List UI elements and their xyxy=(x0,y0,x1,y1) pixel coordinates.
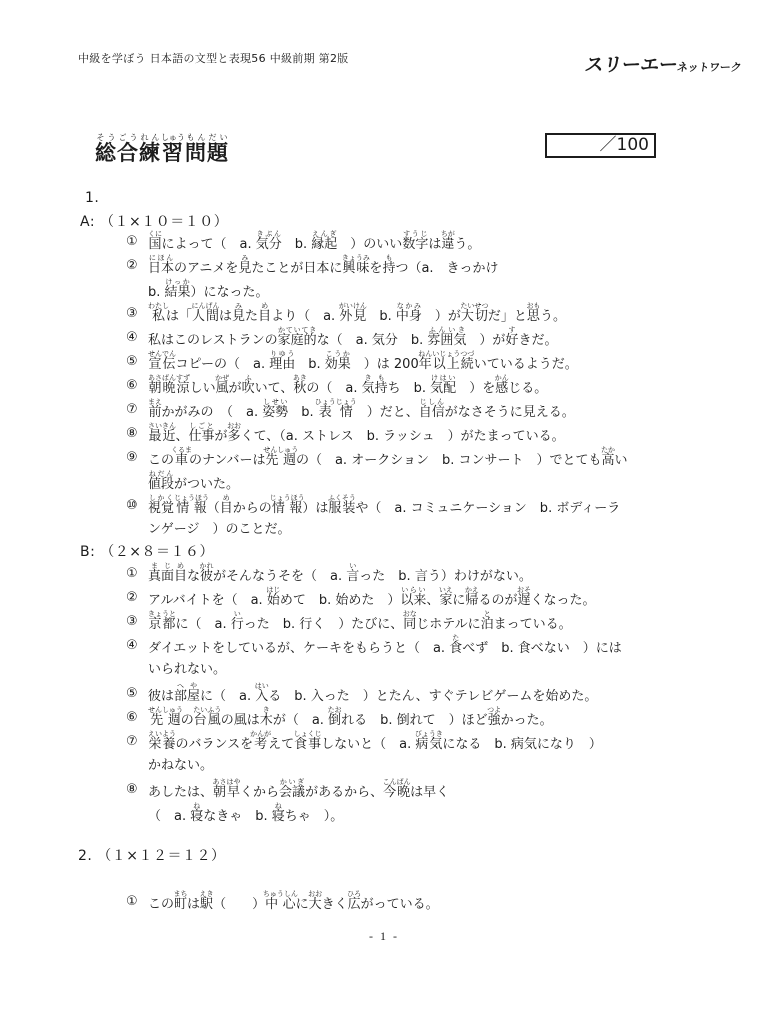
question-row: ②日本にほんのアニメを見みたことが日本に興味きょうみを持もつ（a. きっかけb.… xyxy=(126,254,760,302)
question-line: 朝晩涼あさばんすずしい風かぜが吹ふいて、秋あきの（ a. 気持きもち b. 気配… xyxy=(148,374,760,398)
score-box-label: ／100 xyxy=(600,135,649,155)
question-line: 京都きょうとに（ a. 行いった b. 行く ）たびに、同おなじホテルに泊とまっ… xyxy=(148,610,760,634)
question-row: ①この町まちは駅えき（ ）中心ちゅうしんに大おおきく広ひろがっている。 xyxy=(126,890,760,914)
question-number: ② xyxy=(126,254,148,278)
question-line: 真面目まじめな彼かれがそんなうそを（ a. 言いった b. 言う）わけがない。 xyxy=(148,562,760,586)
question-line: 私わたしは「人間にんげんは見みた目めより（ a. 外見がいけん b. 中身なかみ… xyxy=(148,302,760,326)
question-line: 値段ねだんがついた。 xyxy=(148,470,760,494)
question-number: ④ xyxy=(126,326,148,350)
question-line: 視覚しかく情報じょうほう（目めからの情報じょうほう）は服装ふくそうや（ a. コ… xyxy=(148,494,760,518)
question-number: ③ xyxy=(126,302,148,326)
question-number: ① xyxy=(126,562,148,586)
question-line: 私はこのレストランの家庭的かていてきな（ a. 気分 b. 雰囲気ふんいき ）が… xyxy=(148,326,760,350)
question-number: ② xyxy=(126,586,148,610)
publisher-logo: スリーエー ネットワーク xyxy=(583,50,744,77)
question-line: いられない。 xyxy=(148,658,760,682)
question-line: この車くるまのナンバーは先週せんしゅうの（ a. オークション b. コンサート… xyxy=(148,446,760,470)
question-line: 国くにによって（ a. 気分きぶん b. 縁起えんぎ ）のいい数字すうじは違ちが… xyxy=(148,230,760,254)
question-text: 私わたしは「人間にんげんは見みた目めより（ a. 外見がいけん b. 中身なかみ… xyxy=(148,302,760,326)
question-line: （ a. 寝ねなきゃ b. 寝ねちゃ ）。 xyxy=(148,802,760,826)
question-text: 先週せんしゅうの台風たいふうの風は木きが（ a. 倒たおれる b. 倒れて ）ほ… xyxy=(148,706,760,730)
question-text: 京都きょうとに（ a. 行いった b. 行く ）たびに、同おなじホテルに泊とまっ… xyxy=(148,610,760,634)
score-box: ／100 xyxy=(545,133,656,158)
question-text: 前まえかがみの （ a. 姿勢しせい b. 表情ひょうじょう ）だと、自信じしん… xyxy=(148,398,760,422)
question-row: ③私わたしは「人間にんげんは見みた目めより（ a. 外見がいけん b. 中身なか… xyxy=(126,302,760,326)
question-text: 国くにによって（ a. 気分きぶん b. 縁起えんぎ ）のいい数字すうじは違ちが… xyxy=(148,230,760,254)
question-text: 視覚しかく情報じょうほう（目めからの情報じょうほう）は服装ふくそうや（ a. コ… xyxy=(148,494,760,542)
question-line: b. 結果けっか）になった。 xyxy=(148,278,760,302)
question-row: ⑥朝晩涼あさばんすずしい風かぜが吹ふいて、秋あきの（ a. 気持きもち b. 気… xyxy=(126,374,760,398)
question-text: 日本にほんのアニメを見みたことが日本に興味きょうみを持もつ（a. きっかけb. … xyxy=(148,254,760,302)
question-number: ⑤ xyxy=(126,350,148,374)
question-text: あしたは、朝早あさはやくから会議かいぎがあるから、今晩こんばんは早く（ a. 寝… xyxy=(148,778,760,826)
question-line: アルバイトを（ a. 始はじめて b. 始めた ）以来いらい、家いえに帰かえるの… xyxy=(148,586,760,610)
question-line: 前まえかがみの （ a. 姿勢しせい b. 表情ひょうじょう ）だと、自信じしん… xyxy=(148,398,760,422)
question-text: アルバイトを（ a. 始はじめて b. 始めた ）以来いらい、家いえに帰かえるの… xyxy=(148,586,760,610)
question-row: ①真面目まじめな彼かれがそんなうそを（ a. 言いった b. 言う）わけがない。 xyxy=(126,562,760,586)
part-b-label: B: （２×８＝１６） xyxy=(80,541,214,561)
question-row: ⑧最近さいきん、仕事しごとが多おおくて、（a. ストレス b. ラッシュ ）がた… xyxy=(126,422,760,446)
question-number: ⑦ xyxy=(126,730,148,754)
question-row: ②アルバイトを（ a. 始はじめて b. 始めた ）以来いらい、家いえに帰かえる… xyxy=(126,586,760,610)
question-text: 真面目まじめな彼かれがそんなうそを（ a. 言いった b. 言う）わけがない。 xyxy=(148,562,760,586)
question-row: ④ダイエットをしているが、ケーキをもらうと（ a. 食たべず b. 食べない ）… xyxy=(126,634,760,682)
question-line: かねない。 xyxy=(148,754,760,778)
section-1-label: 1. xyxy=(85,190,99,206)
question-line: 日本にほんのアニメを見みたことが日本に興味きょうみを持もつ（a. きっかけ xyxy=(148,254,760,278)
question-row: ⑤彼は部屋へやに（ a. 入はいる b. 入った ）とたん、すぐテレビゲームを始… xyxy=(126,682,760,706)
question-number: ⑦ xyxy=(126,398,148,422)
question-text: 朝晩涼あさばんすずしい風かぜが吹ふいて、秋あきの（ a. 気持きもち b. 気配… xyxy=(148,374,760,398)
section-2-label: 2. （１×１２＝１２） xyxy=(78,845,226,865)
part-a-label: A: （１×１０＝１０） xyxy=(80,211,228,231)
question-number: ① xyxy=(126,230,148,254)
question-number: ④ xyxy=(126,634,148,658)
section-2-questions: ①この町まちは駅えき（ ）中心ちゅうしんに大おおきく広ひろがっている。 xyxy=(126,890,760,914)
question-row: ⑨この車くるまのナンバーは先週せんしゅうの（ a. オークション b. コンサー… xyxy=(126,446,760,494)
question-text: 宣伝せんでんコピーの（ a. 理由りゆう b. 効果こうか ）は 200年ねん以… xyxy=(148,350,760,374)
question-number: ① xyxy=(126,890,148,914)
worksheet-title: 総そう合ごう練れん習しゅう問もん題だい xyxy=(95,133,229,166)
page-number: - 1 - xyxy=(369,929,399,943)
logo-main-text: スリーエー xyxy=(583,50,679,77)
title-row: 総そう合ごう練れん習しゅう問もん題だい ／100 xyxy=(95,133,656,163)
book-title: 中級を学ぼう 日本語の文型と表現56 中級前期 第2版 xyxy=(78,50,349,66)
question-line: 栄養えいようのバランスを考かんがえて食事しょくじしないと（ a. 病気びょうきに… xyxy=(148,730,760,754)
question-row: ⑦栄養えいようのバランスを考かんがえて食事しょくじしないと（ a. 病気びょうき… xyxy=(126,730,760,778)
question-row: ⑦前まえかがみの （ a. 姿勢しせい b. 表情ひょうじょう ）だと、自信じし… xyxy=(126,398,760,422)
question-number: ⑥ xyxy=(126,374,148,398)
question-number: ③ xyxy=(126,610,148,634)
question-line: この町まちは駅えき（ ）中心ちゅうしんに大おおきく広ひろがっている。 xyxy=(148,890,760,914)
question-number: ⑧ xyxy=(126,422,148,446)
question-number: ⑥ xyxy=(126,706,148,730)
question-text: 最近さいきん、仕事しごとが多おおくて、（a. ストレス b. ラッシュ ）がたま… xyxy=(148,422,760,446)
page-header: 中級を学ぼう 日本語の文型と表現56 中級前期 第2版 スリーエー ネットワーク xyxy=(78,50,742,77)
question-row: ⑤宣伝せんでんコピーの（ a. 理由りゆう b. 効果こうか ）は 200年ねん… xyxy=(126,350,760,374)
question-text: 彼は部屋へやに（ a. 入はいる b. 入った ）とたん、すぐテレビゲームを始め… xyxy=(148,682,760,706)
question-row: ⑥先週せんしゅうの台風たいふうの風は木きが（ a. 倒たおれる b. 倒れて ）… xyxy=(126,706,760,730)
question-line: 宣伝せんでんコピーの（ a. 理由りゆう b. 効果こうか ）は 200年ねん以… xyxy=(148,350,760,374)
question-row: ④私はこのレストランの家庭的かていてきな（ a. 気分 b. 雰囲気ふんいき ）… xyxy=(126,326,760,350)
question-line: あしたは、朝早あさはやくから会議かいぎがあるから、今晩こんばんは早く xyxy=(148,778,760,802)
question-number: ⑨ xyxy=(126,446,148,470)
question-line: ダイエットをしているが、ケーキをもらうと（ a. 食たべず b. 食べない ）に… xyxy=(148,634,760,658)
question-number: ⑧ xyxy=(126,778,148,802)
question-line: ンゲージ ）のことだ。 xyxy=(148,518,760,542)
question-line: 先週せんしゅうの台風たいふうの風は木きが（ a. 倒たおれる b. 倒れて ）ほ… xyxy=(148,706,760,730)
question-row: ①国くにによって（ a. 気分きぶん b. 縁起えんぎ ）のいい数字すうじは違ち… xyxy=(126,230,760,254)
logo-sub-text: ネットワーク xyxy=(676,59,742,75)
question-text: 私はこのレストランの家庭的かていてきな（ a. 気分 b. 雰囲気ふんいき ）が… xyxy=(148,326,760,350)
question-line: 彼は部屋へやに（ a. 入はいる b. 入った ）とたん、すぐテレビゲームを始め… xyxy=(148,682,760,706)
part-a-questions: ①国くにによって（ a. 気分きぶん b. 縁起えんぎ ）のいい数字すうじは違ち… xyxy=(126,230,760,542)
question-number: ⑩ xyxy=(126,494,148,518)
question-row: ③京都きょうとに（ a. 行いった b. 行く ）たびに、同おなじホテルに泊とま… xyxy=(126,610,760,634)
question-line: 最近さいきん、仕事しごとが多おおくて、（a. ストレス b. ラッシュ ）がたま… xyxy=(148,422,760,446)
worksheet-page: 中級を学ぼう 日本語の文型と表現56 中級前期 第2版 スリーエー ネットワーク… xyxy=(0,0,768,1024)
question-row: ⑧あしたは、朝早あさはやくから会議かいぎがあるから、今晩こんばんは早く（ a. … xyxy=(126,778,760,826)
page-footer: - 1 - xyxy=(0,929,768,944)
question-text: この町まちは駅えき（ ）中心ちゅうしんに大おおきく広ひろがっている。 xyxy=(148,890,760,914)
part-b-questions: ①真面目まじめな彼かれがそんなうそを（ a. 言いった b. 言う）わけがない。… xyxy=(126,562,760,826)
question-text: この車くるまのナンバーは先週せんしゅうの（ a. オークション b. コンサート… xyxy=(148,446,760,494)
question-row: ⑩視覚しかく情報じょうほう（目めからの情報じょうほう）は服装ふくそうや（ a. … xyxy=(126,494,760,542)
question-text: 栄養えいようのバランスを考かんがえて食事しょくじしないと（ a. 病気びょうきに… xyxy=(148,730,760,778)
question-number: ⑤ xyxy=(126,682,148,706)
question-text: ダイエットをしているが、ケーキをもらうと（ a. 食たべず b. 食べない ）に… xyxy=(148,634,760,682)
